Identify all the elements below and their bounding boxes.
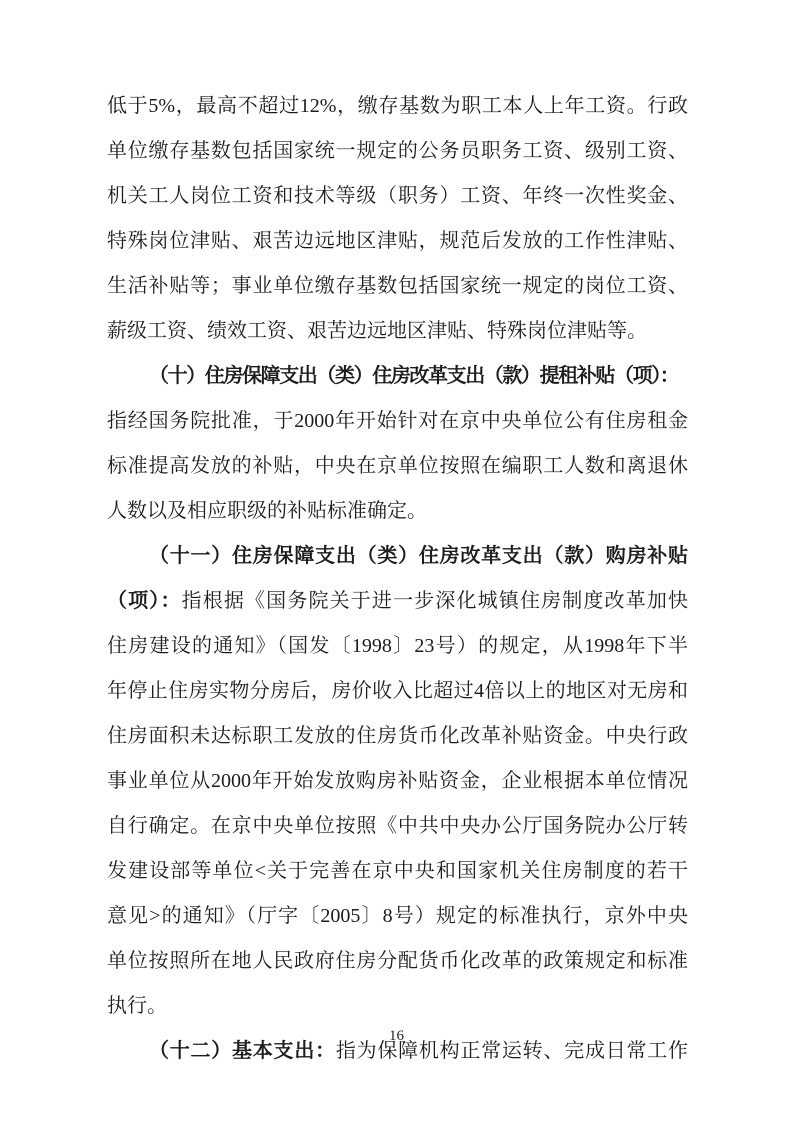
text-line: 住房面积未达标职工发放的住房货币化改革补贴资金。中央行政: [107, 714, 688, 759]
document-page: 低于5%，最高不超过12%，缴存基数为职工本人上年工资。行政单位缴存基数包括国家…: [0, 0, 793, 1122]
text-line: 单位缴存基数包括国家统一规定的公务员职务工资、级别工资、: [107, 129, 688, 174]
text-segment: 自行确定。在京中央单位按照《中共中央办公厅国务院办公厅转: [107, 815, 688, 837]
text-segment: 指经国务院批准，于2000年开始针对在京中央单位公有住房租金: [107, 410, 688, 432]
text-line: 特殊岗位津贴、艰苦边远地区津贴，规范后发放的工作性津贴、: [107, 219, 688, 264]
document-body: 低于5%，最高不超过12%，缴存基数为职工本人上年工资。行政单位缴存基数包括国家…: [107, 84, 688, 1074]
text-line: 标准提高发放的补贴，中央在京单位按照在编职工人数和离退休: [107, 444, 688, 489]
text-segment: 人数以及相应职级的补贴标准确定。: [107, 500, 427, 522]
text-segment: 标准提高发放的补贴，中央在京单位按照在编职工人数和离退休: [107, 455, 688, 477]
text-segment: 单位按照所在地人民政府住房分配货币化改革的政策规定和标准: [107, 950, 688, 972]
text-line: 发建设部等单位<关于完善在京中央和国家机关住房制度的若干: [107, 849, 688, 894]
bold-text-segment: （十）住房保障支出（类）住房改革支出（款）提租补贴（项）：: [149, 365, 678, 387]
text-line: 意见>的通知》（厅字〔2005〕8号）规定的标准执行，京外中央: [107, 894, 688, 939]
text-segment: 住房面积未达标职工发放的住房货币化改革补贴资金。中央行政: [107, 725, 688, 747]
text-segment: 发建设部等单位<关于完善在京中央和国家机关住房制度的若干: [107, 860, 688, 882]
text-line: 低于5%，最高不超过12%，缴存基数为职工本人上年工资。行政: [107, 84, 688, 129]
text-segment: 住房建设的通知》（国发〔1998〕23号）的规定，从1998年下半: [107, 635, 688, 657]
text-segment: 指根据《国务院关于进一步深化城镇住房制度改革加快: [182, 590, 688, 612]
text-line: 生活补贴等；事业单位缴存基数包括国家统一规定的岗位工资、: [107, 264, 688, 309]
text-line: （十）住房保障支出（类）住房改革支出（款）提租补贴（项）：: [107, 354, 688, 399]
text-segment: 薪级工资、绩效工资、艰苦边远地区津贴、特殊岗位津贴等。: [107, 320, 647, 342]
text-segment: 机关工人岗位工资和技术等级（职务）工资、年终一次性奖金、: [107, 185, 688, 207]
page-number: 16: [0, 1028, 793, 1045]
text-line: 事业单位从2000年开始发放购房补贴资金，企业根据本单位情况: [107, 759, 688, 804]
text-segment: 意见>的通知》（厅字〔2005〕8号）规定的标准执行，京外中央: [107, 905, 688, 927]
text-line: 自行确定。在京中央单位按照《中共中央办公厅国务院办公厅转: [107, 804, 688, 849]
text-line: 薪级工资、绩效工资、艰苦边远地区津贴、特殊岗位津贴等。: [107, 309, 688, 354]
text-line: 执行。: [107, 984, 688, 1029]
text-segment: 年停止住房实物分房后，房价收入比超过4倍以上的地区对无房和: [107, 680, 688, 702]
text-segment: 特殊岗位津贴、艰苦边远地区津贴，规范后发放的工作性津贴、: [107, 230, 688, 252]
text-segment: 执行。: [107, 995, 167, 1017]
text-line: 人数以及相应职级的补贴标准确定。: [107, 489, 688, 534]
bold-text-segment: （项）：: [107, 590, 182, 612]
text-segment: 低于5%，最高不超过12%，缴存基数为职工本人上年工资。行政: [107, 95, 688, 117]
text-line: （项）：指根据《国务院关于进一步深化城镇住房制度改革加快: [107, 579, 688, 624]
bold-text-segment: （十一）住房保障支出（类）住房改革支出（款）购房补贴: [149, 545, 688, 567]
text-line: 指经国务院批准，于2000年开始针对在京中央单位公有住房租金: [107, 399, 688, 444]
text-line: 年停止住房实物分房后，房价收入比超过4倍以上的地区对无房和: [107, 669, 688, 714]
text-line: 机关工人岗位工资和技术等级（职务）工资、年终一次性奖金、: [107, 174, 688, 219]
text-segment: 单位缴存基数包括国家统一规定的公务员职务工资、级别工资、: [107, 140, 688, 162]
text-line: 住房建设的通知》（国发〔1998〕23号）的规定，从1998年下半: [107, 624, 688, 669]
text-line: 单位按照所在地人民政府住房分配货币化改革的政策规定和标准: [107, 939, 688, 984]
text-segment: 生活补贴等；事业单位缴存基数包括国家统一规定的岗位工资、: [107, 275, 688, 297]
text-segment: 事业单位从2000年开始发放购房补贴资金，企业根据本单位情况: [107, 770, 688, 792]
text-line: （十一）住房保障支出（类）住房改革支出（款）购房补贴: [107, 534, 688, 579]
